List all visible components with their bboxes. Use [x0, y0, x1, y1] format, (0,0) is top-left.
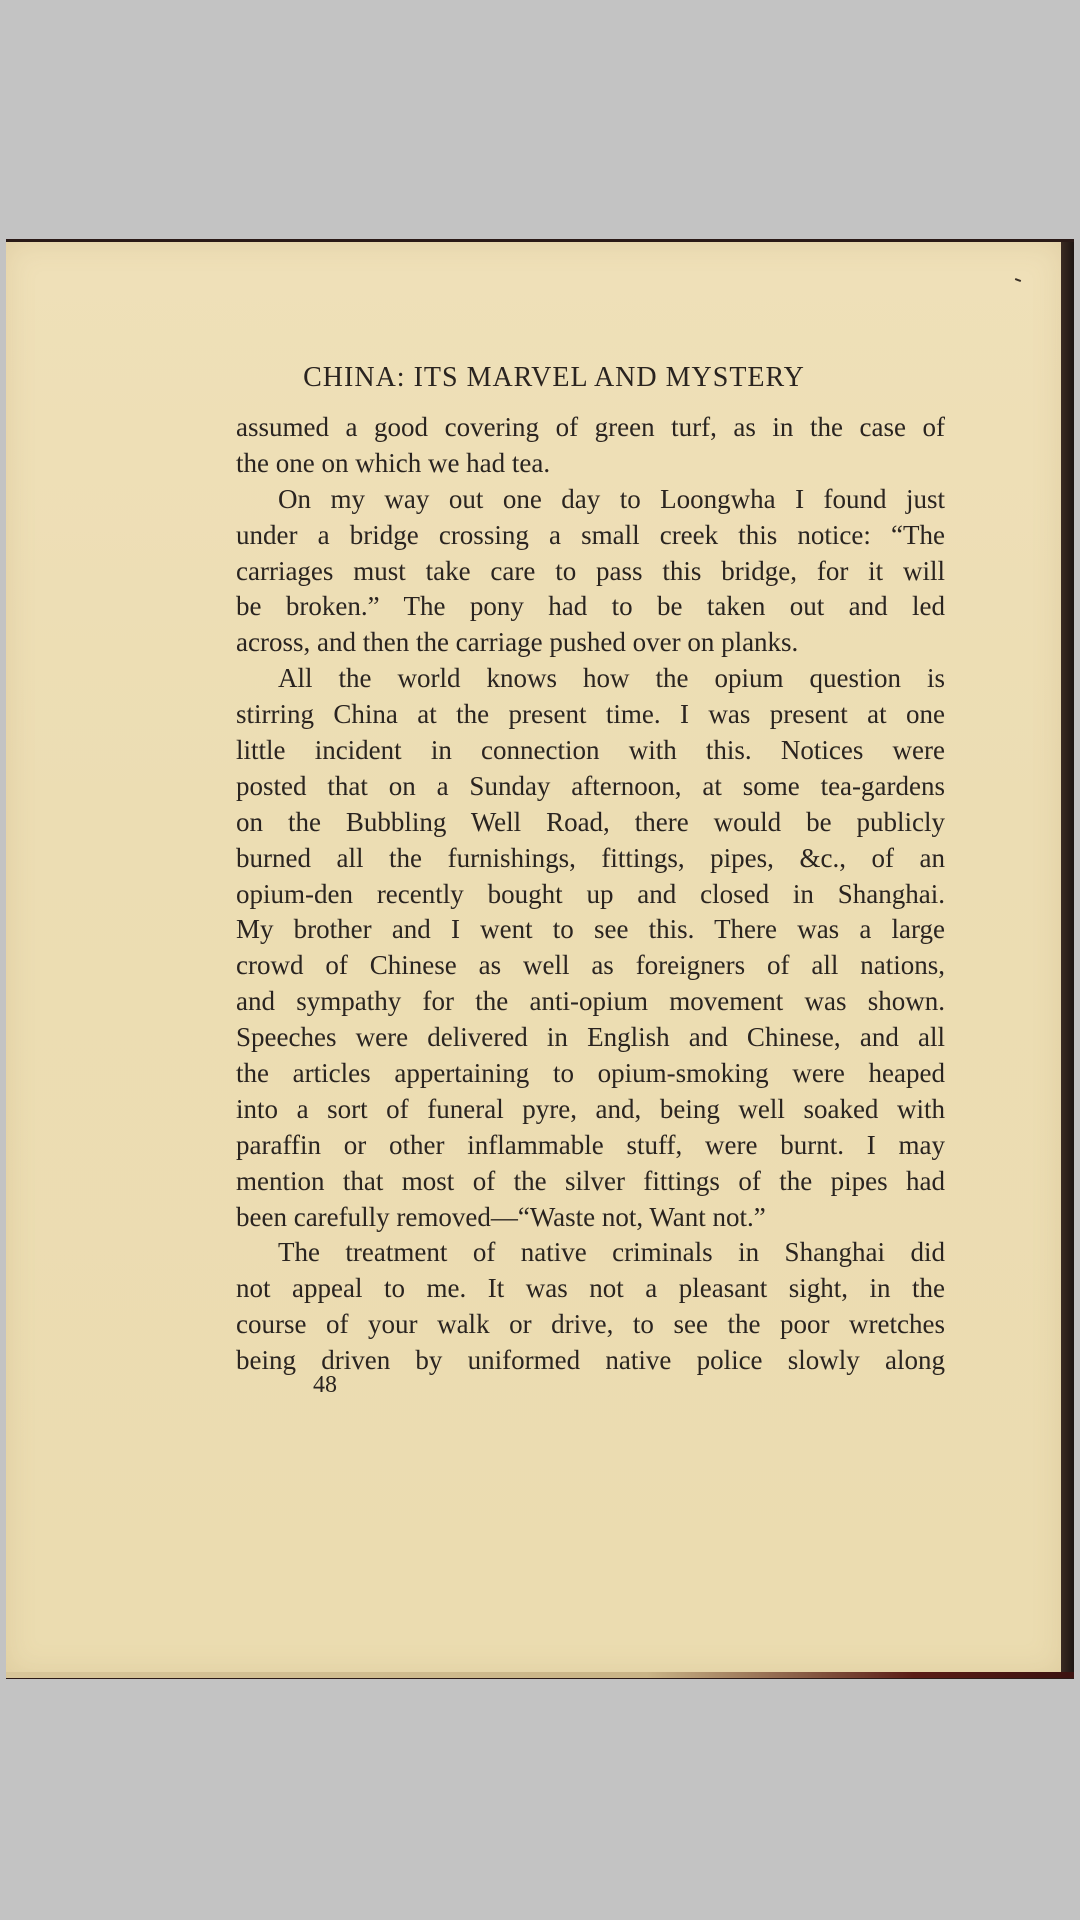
text-line: not appeal to me. It was not a pleasant …: [236, 1271, 945, 1307]
text-line: been carefully removed—“Waste not, Want …: [236, 1200, 945, 1236]
text-line: and sympathy for the anti-opium movement…: [236, 984, 945, 1020]
text-line: carriages must take care to pass this br…: [236, 554, 945, 590]
text-line: mention that most of the silver fittings…: [236, 1164, 945, 1200]
body-text: assumed a good covering of green turf, a…: [236, 410, 945, 1379]
text-line: assumed a good covering of green turf, a…: [236, 410, 945, 446]
page-number: 48: [313, 1372, 337, 1399]
text-line: across, and then the carriage pushed ove…: [236, 625, 945, 661]
text-line: posted that on a Sunday afternoon, at so…: [236, 769, 945, 805]
text-line: be broken.” The pony had to be taken out…: [236, 589, 945, 625]
page-bottom-edge: [6, 1672, 1074, 1678]
text-line: course of your walk or drive, to see the…: [236, 1307, 945, 1343]
running-head: CHINA: ITS MARVEL AND MYSTERY: [0, 362, 1080, 394]
binding-edge: [1061, 242, 1074, 1678]
text-line: Speeches were delivered in English and C…: [236, 1020, 945, 1056]
text-line: the articles appertaining to opium-smoki…: [236, 1056, 945, 1092]
text-line: stirring China at the present time. I wa…: [236, 697, 945, 733]
text-line: little incident in connection with this.…: [236, 733, 945, 769]
text-line: paraffin or other inflammable stuff, wer…: [236, 1128, 945, 1164]
text-line: All the world knows how the opium questi…: [236, 661, 945, 697]
text-line: into a sort of funeral pyre, and, being …: [236, 1092, 945, 1128]
text-line: On my way out one day to Loongwha I foun…: [236, 482, 945, 518]
text-line: opium-den recently bought up and closed …: [236, 877, 945, 913]
text-line: My brother and I went to see this. There…: [236, 912, 945, 948]
text-line: on the Bubbling Well Road, there would b…: [236, 805, 945, 841]
text-line: being driven by uniformed native police …: [236, 1343, 945, 1379]
text-line: crowd of Chinese as well as foreigners o…: [236, 948, 945, 984]
text-line: burned all the furnishings, fittings, pi…: [236, 841, 945, 877]
text-line: the one on which we had tea.: [236, 446, 945, 482]
text-line: under a bridge crossing a small creek th…: [236, 518, 945, 554]
text-line: The treatment of native criminals in Sha…: [236, 1235, 945, 1271]
